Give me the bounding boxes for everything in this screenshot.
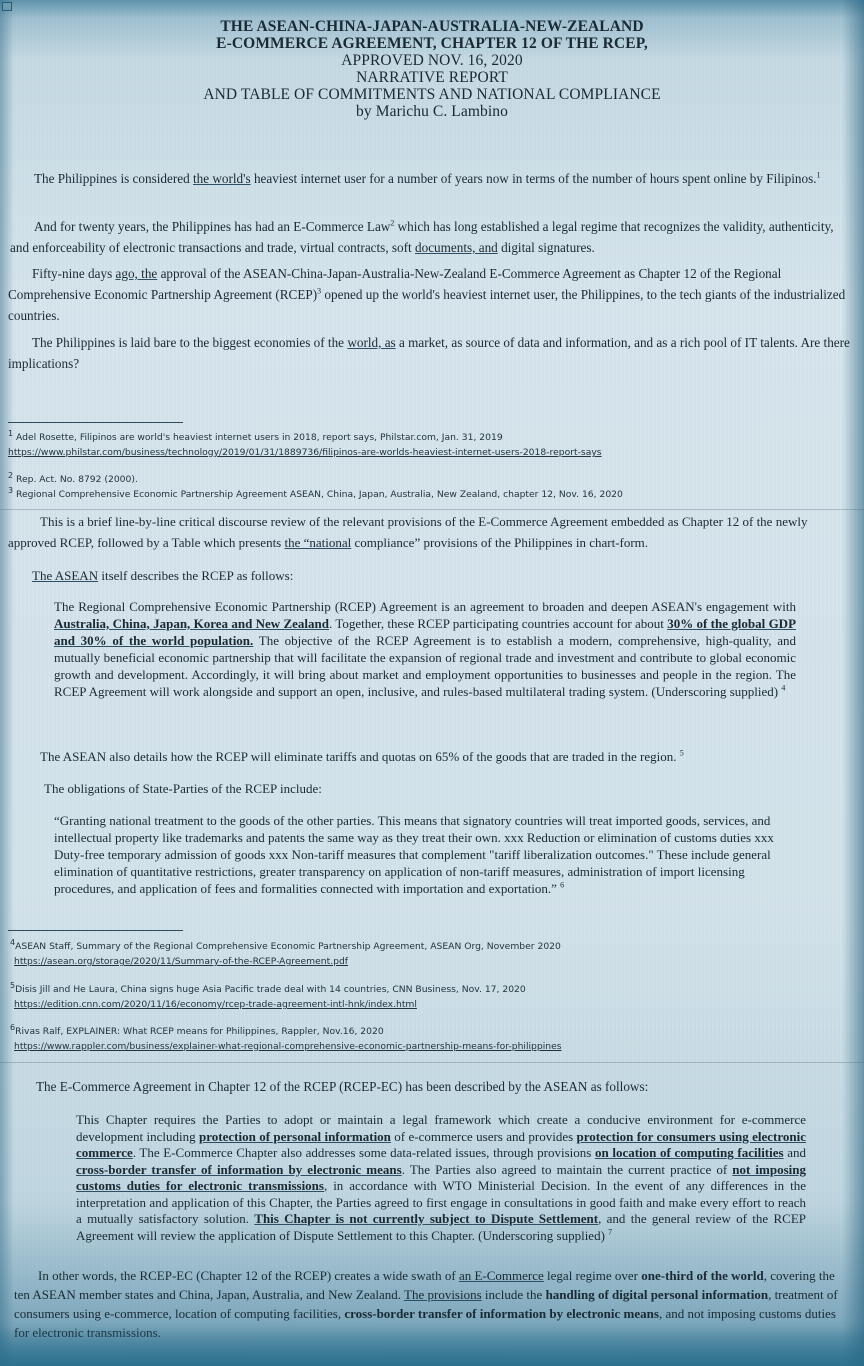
footnote-1-link-row: https://www.philstar.com/business/techno… [8, 445, 602, 460]
footnote-ref-5[interactable]: 5 [680, 749, 684, 758]
footnote-2: 2 Rep. Act. No. 8792 (2000). [8, 472, 138, 487]
review-paragraph-2: The ASEAN itself describes the RCEP as f… [32, 565, 832, 586]
footnote-ref-6[interactable]: 6 [560, 881, 564, 890]
page-bottom-shadow [0, 1326, 864, 1366]
footnote-5-link[interactable]: https://edition.cnn.com/2020/11/16/econo… [14, 999, 417, 1010]
title-line-5: AND TABLE OF COMMITMENTS AND NATIONAL CO… [0, 86, 864, 103]
review-paragraph-4: The obligations of State-Parties of the … [44, 778, 844, 799]
review-paragraph-1: This is a brief line-by-line critical di… [8, 511, 850, 553]
intro-paragraph-1: The Philippines is considered the world'… [10, 168, 848, 189]
page-break-line-2 [0, 1062, 864, 1063]
footnote-4-link-row: https://asean.org/storage/2020/11/Summar… [14, 954, 348, 969]
footnote-separator [8, 422, 183, 423]
footnote-5-link-row: https://edition.cnn.com/2020/11/16/econo… [14, 997, 417, 1012]
footnote-1: 1 Adel Rosette, Filipinos are world's he… [8, 430, 503, 445]
page-shadow-left [0, 0, 14, 1366]
document-title: THE ASEAN-CHINA-JAPAN-AUSTRALIA-NEW-ZEAL… [0, 18, 864, 120]
footnote-6: 6Rivas Ralf, EXPLAINER: What RCEP means … [10, 1024, 384, 1039]
ecommerce-chapter-quote: This Chapter requires the Parties to ado… [76, 1112, 806, 1244]
intro-paragraph-3: Fifty-nine days ago, the approval of the… [8, 263, 850, 326]
intro-paragraph-4: The Philippines is laid bare to the bigg… [8, 332, 850, 374]
footnote-ref-7[interactable]: 7 [608, 1227, 612, 1236]
document-page: THE ASEAN-CHINA-JAPAN-AUSTRALIA-NEW-ZEAL… [0, 0, 864, 1366]
window-corner-icon [2, 2, 12, 11]
footnote-ref-4[interactable]: 4 [781, 684, 785, 693]
title-line-2: E-COMMERCE AGREEMENT, CHAPTER 12 OF THE … [0, 35, 864, 52]
footnote-ref-1[interactable]: 1 [817, 171, 821, 180]
title-line-1: THE ASEAN-CHINA-JAPAN-AUSTRALIA-NEW-ZEAL… [0, 18, 864, 35]
footnote-5: 5Disis Jill and He Laura, China signs hu… [10, 982, 526, 997]
review-paragraph-3: The ASEAN also details how the RCEP will… [40, 746, 840, 767]
author-line: by Marichu C. Lambino [0, 103, 864, 120]
obligations-quote: “Granting national treatment to the good… [54, 812, 774, 897]
footnote-4: 4ASEAN Staff, Summary of the Regional Co… [10, 939, 561, 954]
footnote-separator-2 [8, 930, 183, 931]
intro-paragraph-2: And for twenty years, the Philippines ha… [10, 216, 852, 258]
footnote-4-link[interactable]: https://asean.org/storage/2020/11/Summar… [14, 956, 348, 967]
page-shadow-right [842, 0, 864, 1366]
rcep-description-quote: The Regional Comprehensive Economic Part… [54, 598, 796, 700]
title-line-4: NARRATIVE REPORT [0, 69, 864, 86]
title-line-3: APPROVED NOV. 16, 2020 [0, 52, 864, 69]
page-break-line [0, 509, 864, 510]
footnote-1-link[interactable]: https://www.philstar.com/business/techno… [8, 447, 602, 458]
footnote-3: 3 Regional Comprehensive Economic Partne… [8, 487, 623, 502]
footnote-6-link-row: https://www.rappler.com/business/explain… [14, 1039, 562, 1054]
ecommerce-intro: The E-Commerce Agreement in Chapter 12 o… [36, 1076, 836, 1097]
footnote-6-link[interactable]: https://www.rappler.com/business/explain… [14, 1041, 562, 1052]
